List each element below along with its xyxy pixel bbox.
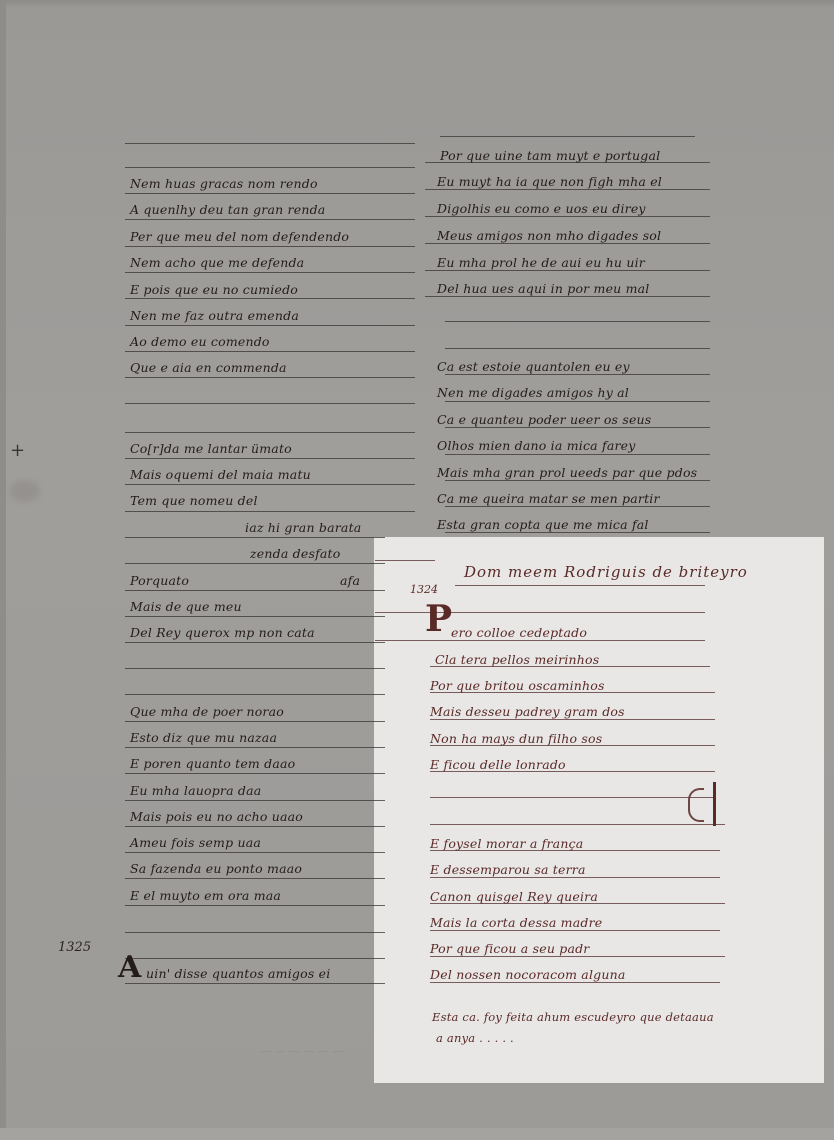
ruling-line <box>125 484 415 485</box>
rubric-note: a anya . . . . . <box>436 1031 514 1045</box>
ruling-line <box>445 480 710 481</box>
ruling-line <box>125 432 415 433</box>
ruling-line <box>125 668 385 669</box>
ruling-line <box>125 563 385 564</box>
ruling-line <box>125 958 385 959</box>
ruling-line <box>125 377 415 378</box>
ruling-line <box>375 640 705 641</box>
verse-line: E pois que eu no cumiedo <box>130 282 298 297</box>
verse-line: Nen me faz outra emenda <box>130 308 299 323</box>
ruling-line <box>125 616 385 617</box>
verse-word: afa <box>340 573 360 588</box>
ruling-line <box>125 351 415 352</box>
verse-line: Sa fazenda eu ponto maao <box>130 861 302 876</box>
ruling-line <box>125 272 415 273</box>
verse-line: Ca e quanteu poder ueer os seus <box>437 412 651 427</box>
ruling-line <box>430 824 725 825</box>
ruling-line <box>445 506 710 507</box>
verse-line: Por que ficou a seu padr <box>430 941 589 956</box>
verse-line: Ao demo eu comendo <box>130 334 270 349</box>
ruling-line <box>125 878 385 879</box>
ruling-line <box>445 348 710 349</box>
ruling-line <box>430 956 725 957</box>
page-top-edge <box>0 0 834 8</box>
rubric-note: Esta ca. foy feita ahum escudeyro que de… <box>432 1010 714 1024</box>
ruling-line <box>125 537 385 538</box>
ruling-line <box>125 826 385 827</box>
verse-line: Co[r]da me lantar ümato <box>130 441 292 456</box>
verse-line: E foysel morar a frança <box>430 836 583 851</box>
verse-line: Nem acho que me defenda <box>130 255 304 270</box>
verse-line: Esta gran copta que me mica fal <box>437 517 649 532</box>
ruling-line <box>125 298 415 299</box>
verse-line: Olhos mien dano ia mica farey <box>437 438 636 453</box>
verse-line: uin' disse quantos amigos ei <box>146 966 330 981</box>
verse-line: Que e aia en commenda <box>130 360 287 375</box>
verse-line: Eu mha lauopra daa <box>130 783 261 798</box>
ruling-line <box>440 136 695 137</box>
verse-line: E dessemparou sa terra <box>430 862 586 877</box>
verse-line: Mais la corta dessa madre <box>430 915 602 930</box>
ruling-line <box>445 374 710 375</box>
initial-letter: A <box>118 950 141 985</box>
verse-line: Ameu fois semp uaa <box>130 835 261 850</box>
verse-line: Mais mha gran prol ueeds par que pdos <box>437 465 697 480</box>
ruling-line <box>125 932 385 933</box>
ruling-line <box>125 458 415 459</box>
verse-line: zenda desfato <box>250 546 341 561</box>
author-heading: Dom meem Rodriguis de briteyro <box>464 563 748 581</box>
ruling-line <box>125 193 415 194</box>
verse-line: Non ha mays dun filho sos <box>430 731 602 746</box>
verse-line: Por que uine tam muyt e portugal <box>440 148 660 163</box>
verse-line: Per que meu del nom defendendo <box>130 229 349 244</box>
ruling-line <box>430 930 720 931</box>
margin-cross-mark: + <box>10 442 25 460</box>
verse-line: Meus amigos non mho digades sol <box>437 228 661 243</box>
ruling-line <box>430 719 715 720</box>
ruling-line <box>125 167 415 168</box>
ruling-line <box>125 852 385 853</box>
verse-line: Mais oquemi del maia matu <box>130 467 311 482</box>
ruling-line <box>125 721 385 722</box>
ruling-line <box>455 585 705 586</box>
ruling-line <box>445 427 710 428</box>
initial-letter: P <box>425 598 452 640</box>
ruling-line <box>430 877 720 878</box>
ruling-line <box>425 296 710 297</box>
ruling-line <box>125 511 415 512</box>
ruling-line <box>445 321 710 322</box>
ruling-line <box>125 642 385 643</box>
ruling-line <box>125 747 385 748</box>
verse-line: Canon quisgel Rey queira <box>430 889 598 904</box>
verse-line: ero colloe cedeptado <box>451 625 587 640</box>
verse-line: Del nossen nocoracom alguna <box>430 967 626 982</box>
ruling-line <box>445 454 710 455</box>
folio-number: 1325 <box>58 940 91 955</box>
stain <box>10 480 40 502</box>
verse-line: Tem que nomeu del <box>130 493 258 508</box>
verse-line: Mais de que meu <box>130 599 242 614</box>
ruling-line <box>125 983 385 984</box>
verse-line: E el muyto em ora maa <box>130 888 281 903</box>
verse-line: Ca me queira matar se men partir <box>437 491 660 506</box>
verse-line: Mais desseu padrey gram dos <box>430 704 625 719</box>
ruling-line <box>430 982 720 983</box>
ruling-line <box>125 800 385 801</box>
verse-line: Por que britou oscaminhos <box>430 678 605 693</box>
page-bottom-edge <box>0 1128 834 1140</box>
verse-line: Digolhis eu como e uos eu direy <box>437 201 646 216</box>
folio-number: 1324 <box>410 583 438 596</box>
verse-line: Ca est estoie quantolen eu ey <box>437 359 630 374</box>
verse-line: Nen me digades amigos hy al <box>437 385 629 400</box>
verse-line: Porquato <box>130 573 189 588</box>
ruling-line <box>445 532 710 533</box>
verse-line: A quenlhy deu tan gran renda <box>130 202 325 217</box>
ruling-line <box>125 905 385 906</box>
ruling-line <box>125 590 385 591</box>
ruling-line <box>425 243 710 244</box>
verse-line: Eu mha prol he de aui eu hu uir <box>437 255 645 270</box>
ruling-line <box>425 216 710 217</box>
ruling-line <box>125 246 415 247</box>
verse-line: Eu muyt ha ia que non figh mha el <box>437 174 662 189</box>
verse-line: Cla tera pellos meirinhos <box>435 652 599 667</box>
ruling-line <box>125 325 415 326</box>
verse-line: Del hua ues aqui in por meu mal <box>437 281 650 296</box>
ruling-line <box>125 219 415 220</box>
verse-line: Esto diz que mu nazaa <box>130 730 277 745</box>
manuscript-page: + — — — — — — Nem huas gracas nom rendo … <box>0 0 834 1140</box>
verse-line: Que mha de poer norao <box>130 704 284 719</box>
ruling-line <box>125 694 385 695</box>
ruling-line <box>425 270 710 271</box>
verse-line: E ficou delle lonrado <box>430 757 566 772</box>
verse-line: E poren quanto tem daao <box>130 756 295 771</box>
ruling-line <box>375 560 435 561</box>
ruling-line <box>445 401 710 402</box>
verse-line: Mais pois eu no acho uaao <box>130 809 303 824</box>
page-left-edge <box>0 0 6 1140</box>
bleed-through-text: — — — — — — <box>260 1045 343 1058</box>
verse-line: Nem huas gracas nom rendo <box>130 176 318 191</box>
ruling-line <box>430 797 715 798</box>
marginal-bracket <box>688 788 704 822</box>
marginal-bracket-stem <box>713 782 716 826</box>
ruling-line <box>425 189 710 190</box>
ruling-line <box>125 403 415 404</box>
ruling-line <box>125 773 385 774</box>
verse-line: Del Rey querox mp non cata <box>130 625 315 640</box>
ruling-line <box>125 143 415 144</box>
verse-line: iaz hi gran barata <box>245 520 361 535</box>
